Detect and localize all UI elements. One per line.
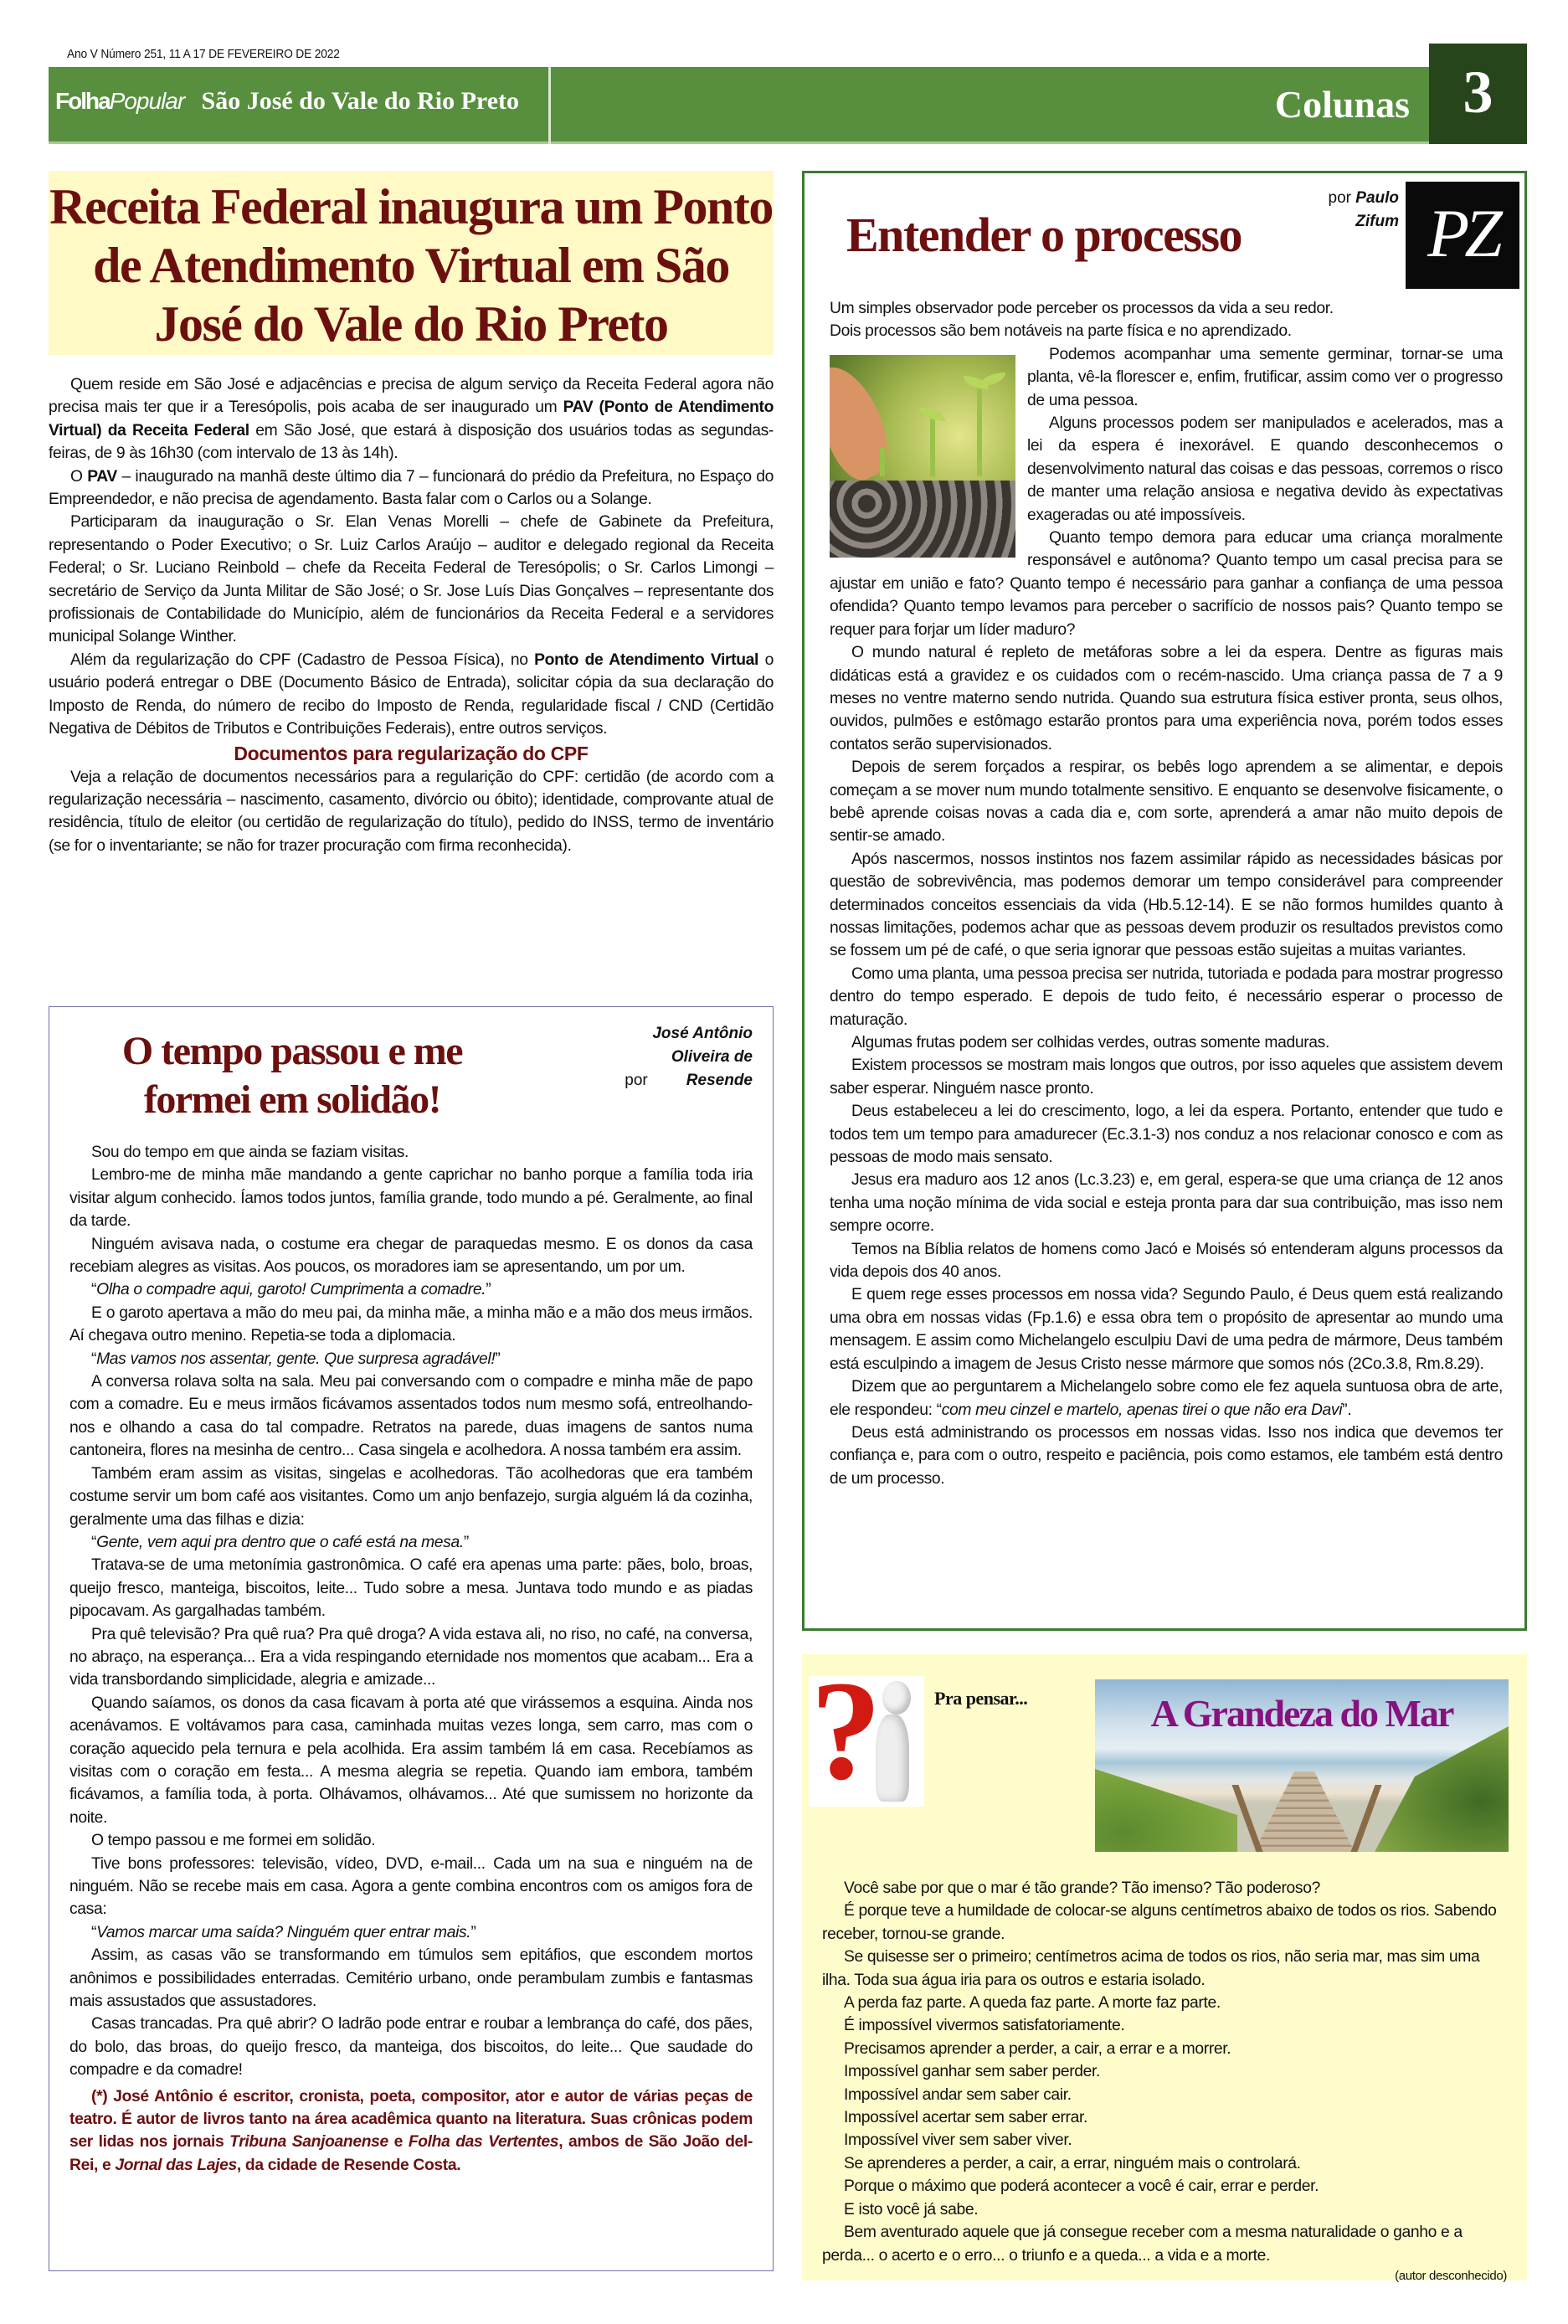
byline-prefix: por bbox=[1329, 189, 1351, 207]
leaf bbox=[920, 408, 945, 421]
mar-paragraphs: Você sabe por que o mar é tão grande? Tã… bbox=[822, 1877, 1507, 2267]
paragraph: Se aprenderes a perder, a cair, a errar,… bbox=[822, 2152, 1507, 2175]
paragraph: Deus estabeleceu a lei do crescimento, l… bbox=[830, 1100, 1503, 1169]
mar-article-body: Você sabe por que o mar é tão grande? Tã… bbox=[822, 1877, 1507, 2285]
paragraph: Se quisesse ser o primeiro; centímetros … bbox=[822, 1946, 1507, 1992]
receita-article-body: Quem reside em São José e adjacências e … bbox=[49, 373, 774, 857]
paragraph: Pra quê televisão? Pra quê rua? Pra quê … bbox=[69, 1623, 753, 1692]
section-title: Colunas bbox=[1275, 82, 1410, 126]
paragraph: É impossível vivermos satisfatoriamente. bbox=[822, 2014, 1507, 2037]
mar-credit: (autor desconhecido) bbox=[822, 2267, 1507, 2285]
receita-headline: Receita Federal inaugura um Ponto de Ate… bbox=[49, 171, 774, 353]
processo-article-body: Um simples observador pode perceber os p… bbox=[830, 297, 1503, 1490]
receita-subheading: Documentos para regularização do CPF bbox=[49, 741, 774, 766]
wooden-stairs bbox=[1254, 1771, 1355, 1852]
receita-paragraphs: Quem reside em São José e adjacências e … bbox=[49, 373, 774, 741]
beach-stairs-image: A Grandeza do Mar bbox=[1095, 1679, 1509, 1852]
dune-grass-left bbox=[1095, 1760, 1237, 1852]
leaf bbox=[980, 373, 1005, 386]
paragraph: Lembro-me de minha mãe mandando a gente … bbox=[69, 1164, 753, 1232]
byline-prefix: por bbox=[625, 1072, 647, 1089]
paragraph: Jesus era maduro aos 12 anos (Lc.3.23) e… bbox=[830, 1169, 1503, 1237]
paragraph: Tratava-se de uma metonímia gastronômica… bbox=[69, 1554, 753, 1622]
paragraph: E quem rege esses processos em nossa vid… bbox=[830, 1283, 1503, 1375]
paragraph: Ninguém avisava nada, o costume era cheg… bbox=[69, 1233, 753, 1279]
paragraph: E isto você já sabe. bbox=[822, 2198, 1507, 2221]
paragraph: O tempo passou e me formei em solidão. bbox=[69, 1829, 753, 1852]
paragraph: Um simples observador pode perceber os p… bbox=[830, 297, 1503, 320]
paragraph: “Vamos marcar uma saída? Ninguém quer en… bbox=[69, 1921, 753, 1944]
hand-shape bbox=[830, 357, 902, 487]
question-mark-figure-image: ? bbox=[809, 1676, 924, 1807]
page-number: 3 bbox=[1429, 44, 1527, 144]
paragraph: Deus está administrando os processos em … bbox=[830, 1422, 1503, 1490]
paragraph: Quando saíamos, os donos da casa ficavam… bbox=[69, 1692, 753, 1829]
paragraph: Dizem que ao perguntarem a Michelangelo … bbox=[830, 1375, 1503, 1422]
sprout-large bbox=[977, 384, 982, 476]
paragraph: Participaram da inauguração o Sr. Elan V… bbox=[49, 511, 774, 648]
processo-intro: Um simples observador pode perceber os p… bbox=[830, 297, 1503, 343]
tempo-byline: por José Antônio Oliveira de Resende bbox=[625, 1022, 753, 1093]
brand-city: São José do Vale do Rio Preto bbox=[202, 87, 519, 115]
thinking-figure-head bbox=[882, 1681, 911, 1715]
paragraph: Além da regularização do CPF (Cadastro d… bbox=[49, 649, 774, 741]
paragraph: Impossível andar sem saber cair. bbox=[822, 2084, 1507, 2106]
paragraph: “Mas vamos nos assentar, gente. Que surp… bbox=[69, 1348, 753, 1370]
paragraph: Impossível ganhar sem saber perder. bbox=[822, 2060, 1507, 2083]
tempo-article: O tempo passou e me formei em solidão! p… bbox=[49, 1006, 774, 2271]
receita-sub-paragraphs: Veja a relação de documentos necessários… bbox=[49, 766, 774, 858]
paragraph: Bem aventurado aquele que já consegue re… bbox=[822, 2221, 1507, 2267]
tempo-headline: O tempo passou e me formei em solidão! bbox=[83, 1027, 501, 1124]
paragraph: Existem processos se mostram mais longos… bbox=[830, 1054, 1503, 1100]
newspaper-brand[interactable]: FolhaPopular São José do Vale do Rio Pre… bbox=[55, 87, 519, 116]
paragraph: Depois de serem forçados a respirar, os … bbox=[830, 756, 1503, 848]
masthead: FolhaPopular São José do Vale do Rio Pre… bbox=[49, 67, 1527, 144]
byline-author: José Antônio Oliveira de Resende bbox=[652, 1022, 753, 1093]
paragraph: A perda faz parte. A queda faz parte. A … bbox=[822, 1992, 1507, 2014]
paragraph: Precisamos aprender a perder, a cair, a … bbox=[822, 2038, 1507, 2060]
paragraph: Algumas frutas podem ser colhidas verdes… bbox=[830, 1031, 1503, 1054]
paragraph: “Olha o compadre aqui, garoto! Cumprimen… bbox=[69, 1278, 753, 1301]
paragraph: Impossível viver sem saber viver. bbox=[822, 2129, 1507, 2152]
mar-article: ? Pra pensar... A Grandeza do Mar Você s… bbox=[802, 1654, 1527, 2280]
brand-folha: Folha bbox=[55, 88, 110, 114]
tempo-article-body: Sou do tempo em que ainda se faziam visi… bbox=[69, 1141, 753, 2177]
paragraph: Temos na Bíblia relatos de homens como J… bbox=[830, 1238, 1503, 1284]
tempo-paragraphs: Sou do tempo em que ainda se faziam visi… bbox=[69, 1141, 753, 2082]
paragraph: Casas trancadas. Pra quê abrir? O ladrão… bbox=[69, 2013, 753, 2081]
pz-monogram-logo: PZ bbox=[1406, 182, 1519, 289]
brand-popular: Popular bbox=[110, 88, 185, 114]
paragraph: Também eram assim as visitas, singelas e… bbox=[69, 1463, 753, 1531]
paragraph: Após nascermos, nossos instintos nos faz… bbox=[830, 848, 1503, 963]
paragraph: O mundo natural é repleto de metáforas s… bbox=[830, 641, 1503, 756]
byline-author: Paulo Zifum bbox=[1355, 189, 1399, 230]
mar-headline: A Grandeza do Mar bbox=[1095, 1691, 1509, 1735]
paragraph: A conversa rolava solta na sala. Meu pai… bbox=[69, 1370, 753, 1463]
thinking-figure-body bbox=[876, 1715, 909, 1802]
paragraph: Veja a relação de documentos necessários… bbox=[49, 766, 774, 858]
seedling-tray bbox=[830, 481, 1015, 558]
sprout-medium bbox=[930, 418, 935, 476]
paragraph: O PAV – inaugurado na manhã deste último… bbox=[49, 465, 774, 512]
paragraph: Assim, as casas vão se transformando em … bbox=[69, 1944, 753, 2013]
sprout-small bbox=[880, 448, 885, 476]
stair-rail-right bbox=[1350, 1785, 1381, 1852]
masthead-divider bbox=[548, 67, 551, 144]
question-mark-icon: ? bbox=[810, 1676, 882, 1802]
paragraph: “Gente, vem aqui pra dentro que o café e… bbox=[69, 1531, 753, 1554]
paragraph: Como uma planta, uma pessoa precisa ser … bbox=[830, 963, 1503, 1031]
mar-kicker: Pra pensar... bbox=[934, 1688, 1027, 1710]
sprouts-watering-image bbox=[830, 355, 1015, 558]
dune-grass-right bbox=[1375, 1726, 1509, 1852]
paragraph: É porque teve a humildade de colocar-se … bbox=[822, 1900, 1507, 1946]
paragraph: Dois processos são bem notáveis na parte… bbox=[830, 320, 1503, 342]
processo-byline: por Paulo Zifum bbox=[1324, 187, 1399, 234]
paragraph: Tive bons professores: televisão, vídeo,… bbox=[69, 1853, 753, 1921]
paragraph: Quem reside em São José e adjacências e … bbox=[49, 373, 774, 465]
processo-article: Entender o processo por Paulo Zifum PZ U… bbox=[802, 171, 1527, 1631]
tempo-author-note: (*) José Antônio é escritor, cronista, p… bbox=[69, 2085, 753, 2177]
processo-headline: Entender o processo bbox=[846, 207, 1242, 263]
edition-line: Ano V Número 251, 11 A 17 DE FEVEREIRO D… bbox=[67, 47, 340, 61]
paragraph: Sou do tempo em que ainda se faziam visi… bbox=[69, 1141, 753, 1164]
paragraph: Você sabe por que o mar é tão grande? Tã… bbox=[822, 1877, 1507, 1900]
receita-headline-box: Receita Federal inaugura um Ponto de Ate… bbox=[49, 171, 774, 355]
paragraph: Impossível acertar sem saber errar. bbox=[822, 2106, 1507, 2129]
paragraph: E o garoto apertava a mão do meu pai, da… bbox=[69, 1302, 753, 1348]
paragraph: Porque o máximo que poderá acontecer a v… bbox=[822, 2175, 1507, 2198]
